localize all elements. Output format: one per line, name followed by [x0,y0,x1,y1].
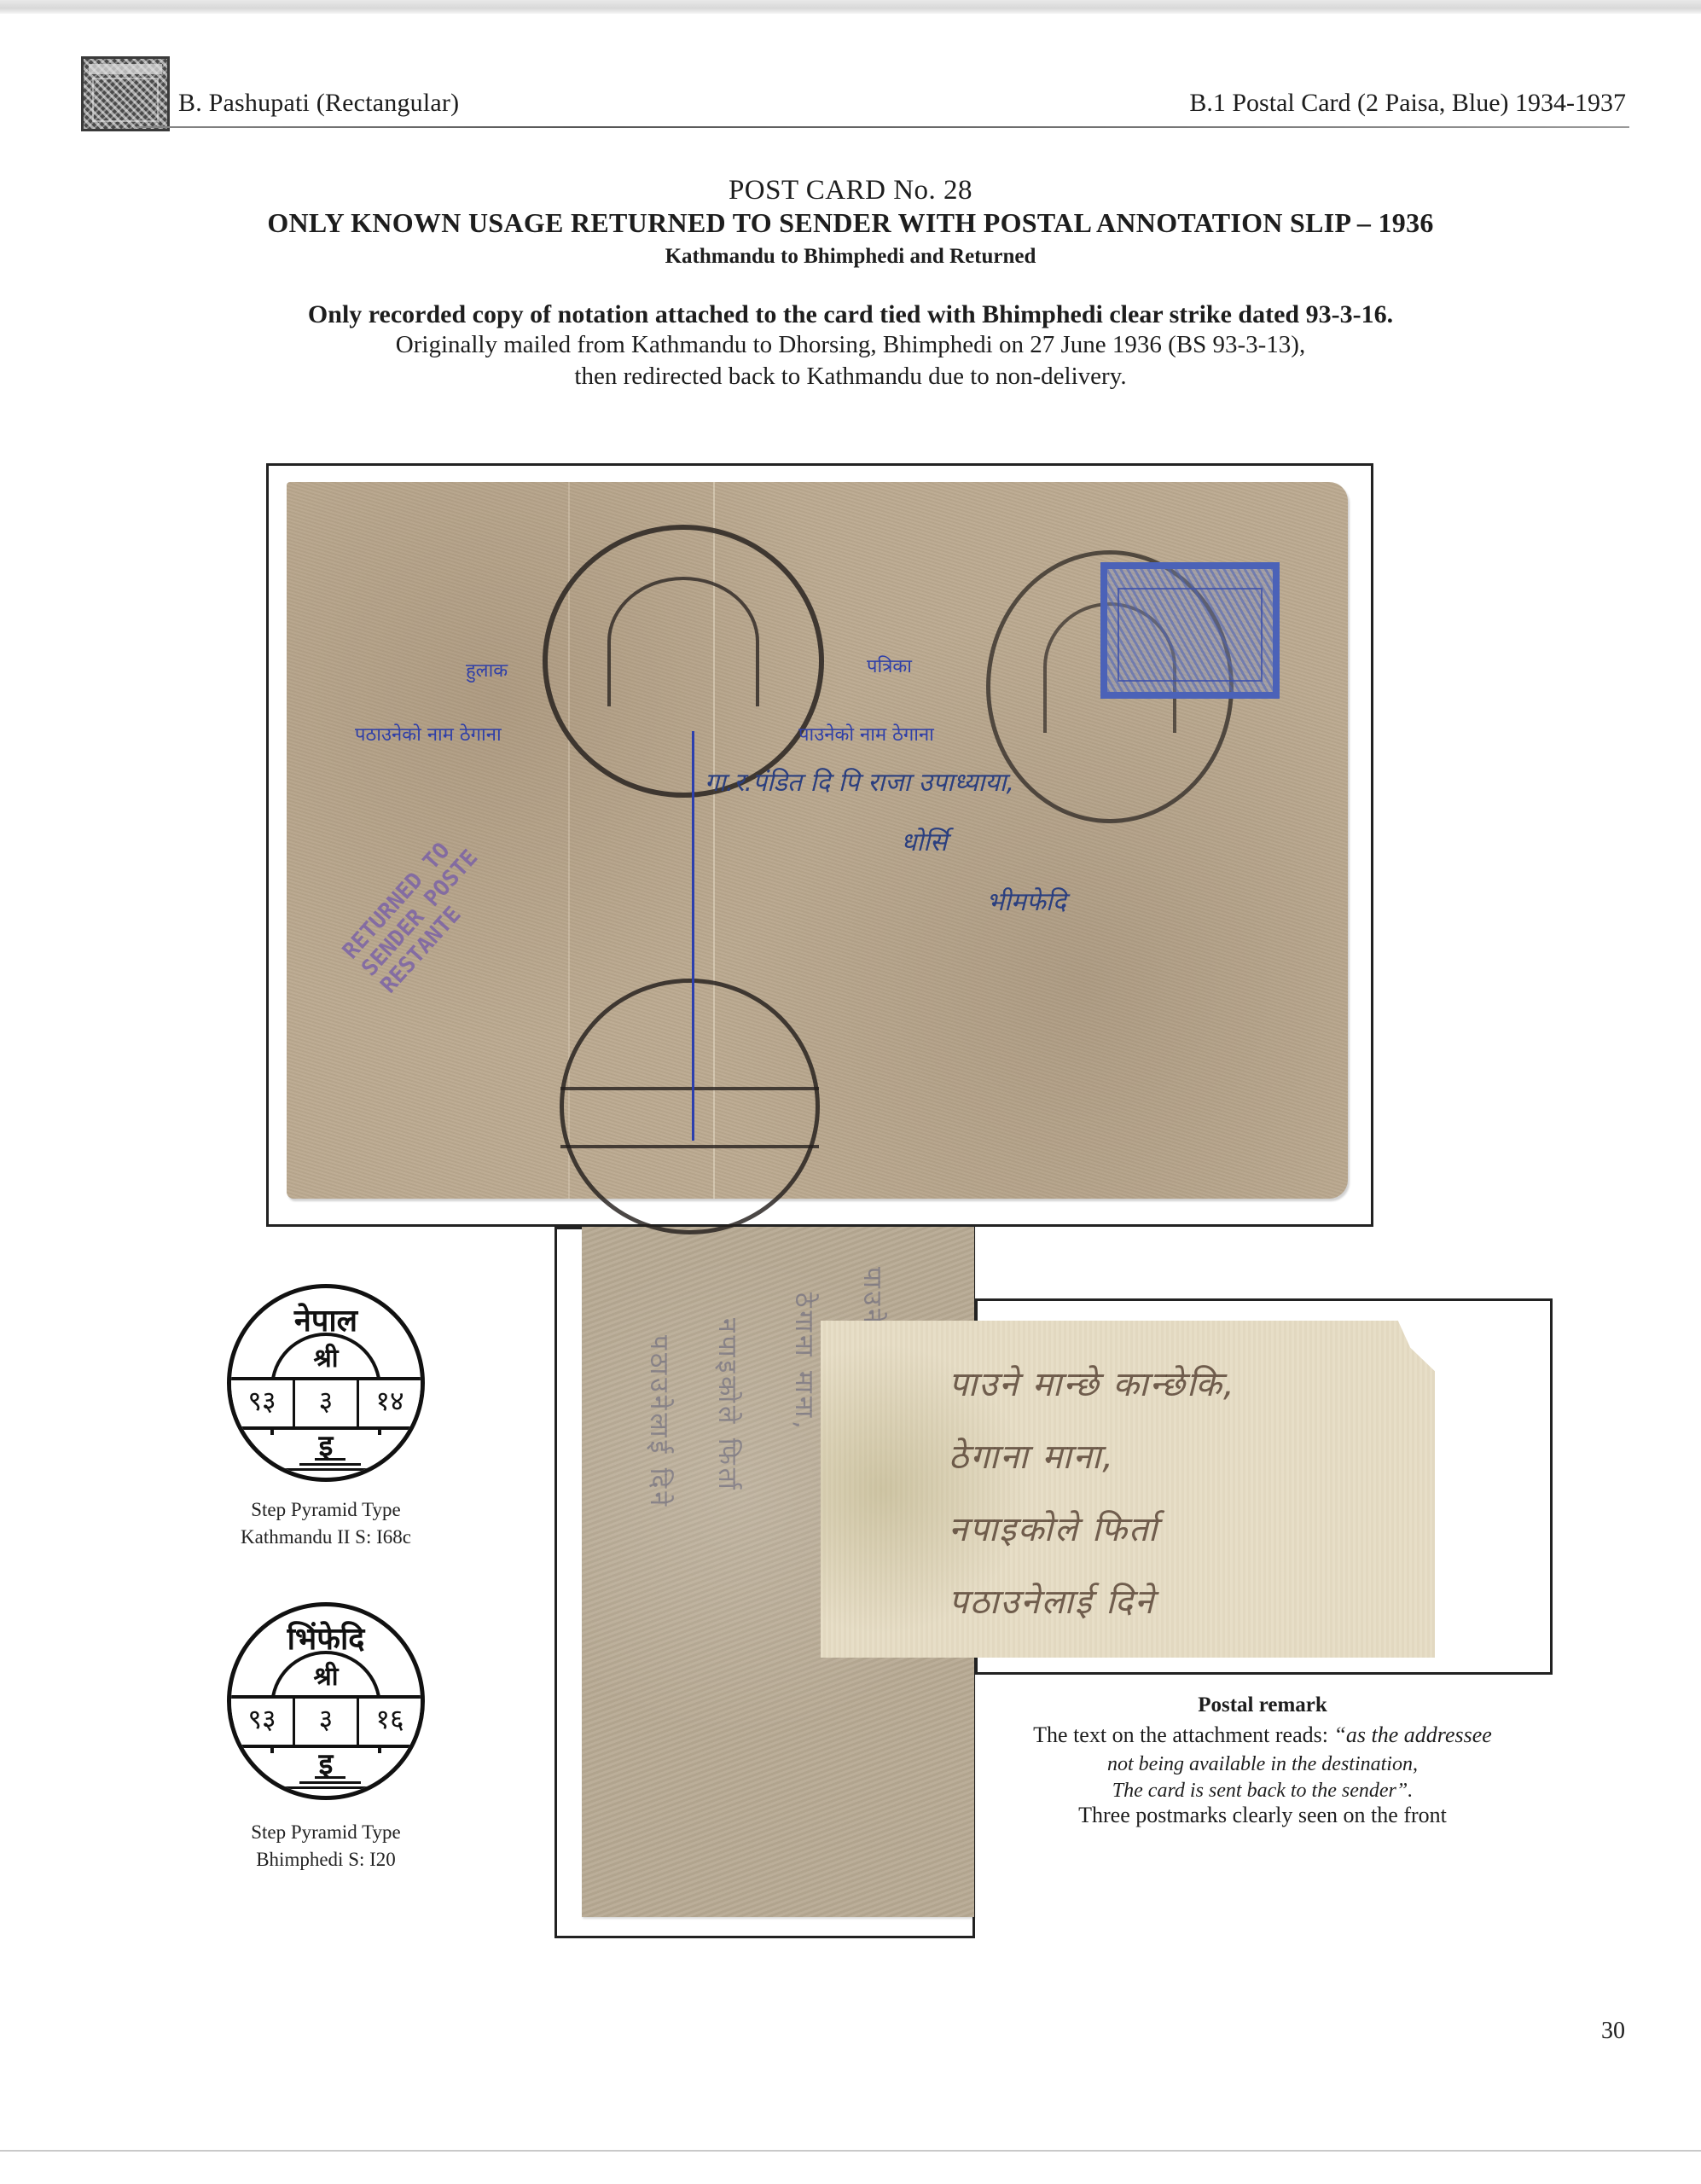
kathmandu-postmark-drawing: नेपाल श्री ९३ ३ १४ इ [227,1284,425,1482]
slip-faint-text: पठाउनेलाई दिने [642,1335,676,1509]
annotation-slip-image: पाउने मान्छे कान्छेकि, ठेगाना माना, नपाइ… [821,1321,1435,1658]
pashupati-stamp-icon [81,56,170,131]
remark-footer: Three postmarks clearly seen on the fron… [972,1802,1553,1829]
annotation-handwriting: पठाउनेलाई दिने [949,1577,1155,1623]
postmark-town: नेपाल [231,1298,421,1340]
purple-cachet: RETURNED TO SENDER POSTE RESTANTE [338,828,502,998]
description-lead: Only recorded copy of notation attached … [0,300,1701,329]
date-year: ९३ [231,1699,295,1745]
postmark-date-band [560,1087,819,1148]
postmark-date-band: ९३ ३ १६ [231,1695,421,1748]
remark-quote-start: “as the addressee [1333,1722,1491,1747]
stamp-indicium-2-paisa [1100,562,1280,699]
remark-title: Postal remark [972,1693,1553,1717]
caption-type: Step Pyramid Type [198,1819,454,1846]
caption-ref: Bhimphedi S: I20 [198,1846,454,1873]
remark-intro: The text on the attachment reads: [1033,1722,1333,1747]
annotation-handwriting: नपाइकोले फिर्ता [949,1504,1158,1551]
date-year: ९३ [231,1380,295,1426]
annotation-handwriting: ठेगाना माना, [949,1432,1115,1478]
description-line-3: then redirected back to Kathmandu due to… [0,363,1701,391]
section-title: B. Pashupati (Rectangular) [178,89,459,118]
postmark-shri: श्री [231,1658,421,1693]
bhimphedi-postmark-drawing: भिंफेदि श्री ९३ ३ १६ इ [227,1602,425,1800]
card-number-title: POST CARD No. 28 [0,175,1701,206]
step-pyramid-icon [284,1455,376,1471]
date-day: १६ [359,1699,421,1745]
subsection-title: B.1 Postal Card (2 Paisa, Blue) 1934-193… [1189,89,1626,118]
postmark-arc [607,577,759,706]
printed-receiver-label: पाउनेको नाम ठेगाना [798,721,934,746]
header-divider [136,126,1629,128]
slip-faint-text: नपाइकोले फिर्ता [710,1318,745,1493]
postmark-date-band: ९३ ३ १४ [231,1377,421,1430]
caption-type: Step Pyramid Type [198,1496,454,1524]
postmark-shri: श्री [231,1339,421,1374]
kathmandu-postmark [543,525,824,798]
slip-faint-text: ठेगाना माना, [787,1292,821,1432]
page-number: 30 [1601,2018,1625,2045]
kathmandu-postmark-caption: Step Pyramid Type Kathmandu II S: I68c [198,1496,454,1551]
printed-left-word: हुलाक [466,657,508,682]
indicium-inner-frame [1118,588,1263,682]
address-line-1: गा.र.पंडित दि पि राजा उपाध्याया, [705,764,1014,799]
bhimphedi-postmark-caption: Step Pyramid Type Bhimphedi S: I20 [198,1819,454,1873]
caption-ref: Kathmandu II S: I68c [198,1524,454,1551]
scan-bottom-edge [0,2150,1701,2152]
postmark-town: भिंफेदि [231,1617,421,1658]
postcard-image: हुलाक पठाउनेको नाम ठेगाना पत्रिका पाउनेक… [287,482,1348,1199]
address-line-3: भीमफेदि [986,883,1066,918]
step-pyramid-icon [284,1774,376,1789]
page-headline: ONLY KNOWN USAGE RETURNED TO SENDER WITH… [0,207,1701,239]
description-line-2: Originally mailed from Kathmandu to Dhor… [0,331,1701,359]
remark-quote-line-3: The card is sent back to the sender”. [972,1777,1553,1804]
remark-quote-line-2: not being available in the destination, [972,1751,1553,1778]
scan-top-edge [0,0,1701,14]
printed-right-word: पत्रिका [867,653,912,678]
date-month: ३ [295,1380,359,1426]
date-day: १४ [359,1380,421,1426]
route-subtitle: Kathmandu to Bhimphedi and Returned [0,245,1701,269]
bhimphedi-postmark [560,979,820,1234]
annotation-handwriting: पाउने मान्छे कान्छेकि, [949,1359,1236,1406]
logo-inner-frame [92,78,159,122]
divider-line [692,731,694,1141]
remark-line-1: The text on the attachment reads: “as th… [972,1722,1553,1749]
address-line-2: धोर्सि [901,823,947,858]
printed-sender-label: पठाउनेको नाम ठेगाना [355,721,502,746]
logo-band [89,64,162,74]
date-month: ३ [295,1699,359,1745]
